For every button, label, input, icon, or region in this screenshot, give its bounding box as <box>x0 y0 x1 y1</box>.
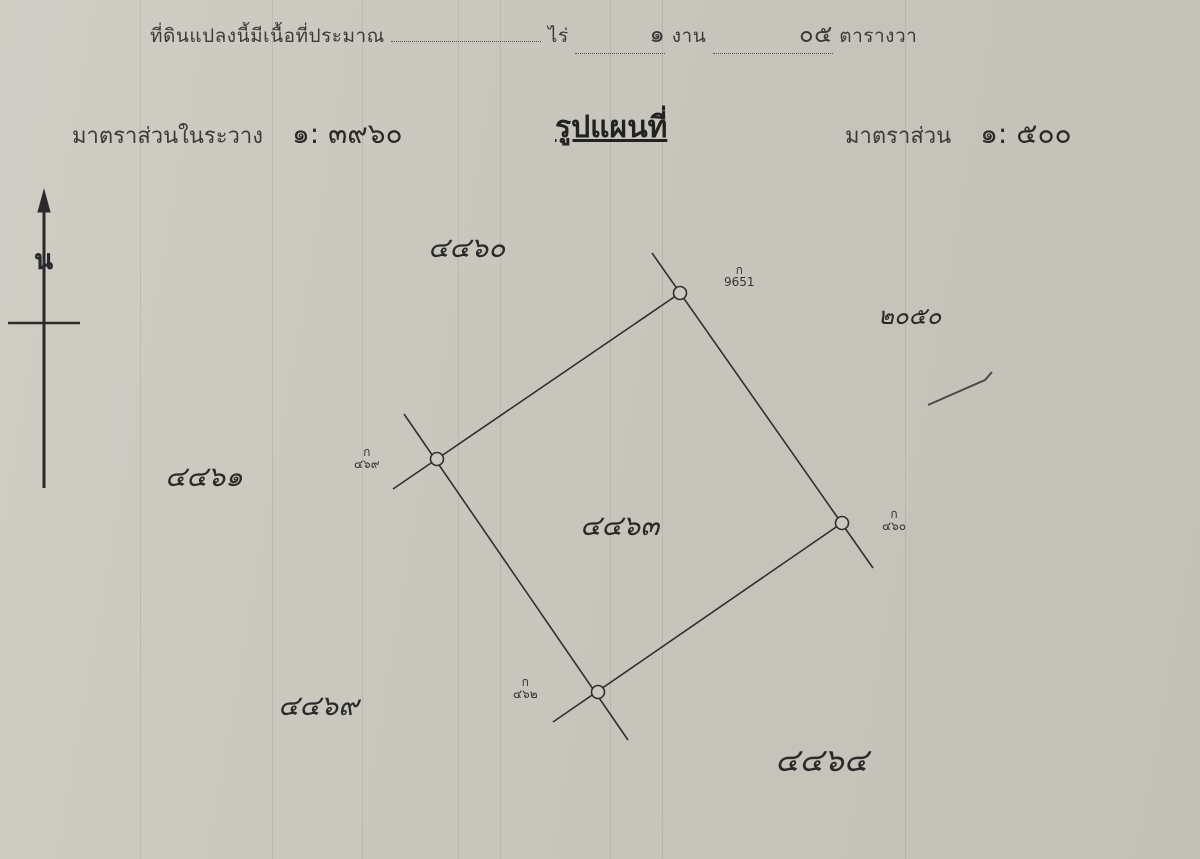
neighbor-parcel-north: ๔๔๖๐ <box>428 226 505 270</box>
marker-label-left: ก ๔๖๙ <box>354 446 380 470</box>
neighbor-parcel-northeast: ๒๐๕๐ <box>878 296 941 335</box>
parcel-boundary <box>393 253 873 740</box>
neighbor-parcel-west: ๔๔๖๑ <box>165 455 243 499</box>
north-label: น <box>34 238 53 282</box>
boundary-marker-icons <box>431 287 849 699</box>
parcel-map <box>0 0 1200 859</box>
marker-label-right: ก ๔๖๐ <box>882 508 906 532</box>
marker-label-bottom: ก ๔๖๒ <box>513 676 538 700</box>
neighbor-parcel-southwest: ๔๔๖๙ <box>278 684 359 728</box>
marker-label-top: ก 9651 <box>724 264 755 288</box>
north-arrow-icon <box>8 190 80 488</box>
parcel-number: ๔๔๖๓ <box>580 504 659 548</box>
neighbor-parcel-southeast: ๔๔๖๔ <box>775 735 868 786</box>
